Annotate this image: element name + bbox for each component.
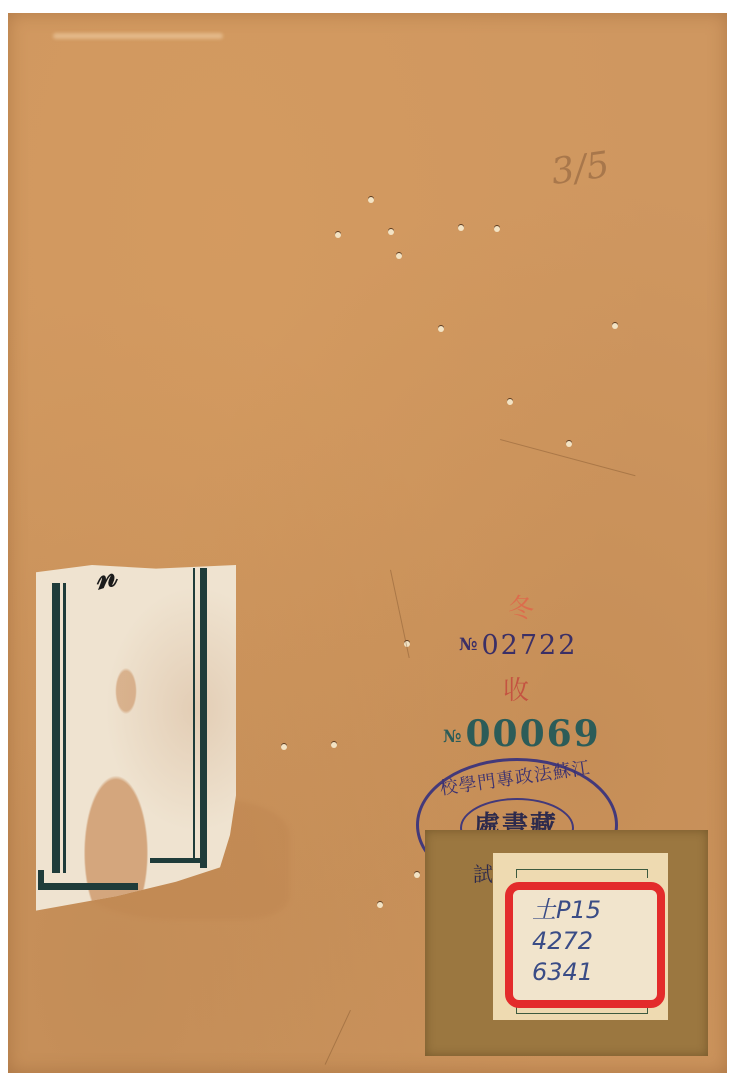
label-border-right <box>200 568 207 868</box>
pinhole <box>281 744 287 750</box>
pinhole <box>507 399 513 405</box>
acquisition-number: 02722 <box>481 630 577 661</box>
seal-bottom-fragment: 試 <box>473 858 493 887</box>
pinhole <box>377 902 383 908</box>
scuff-mark <box>53 33 223 39</box>
acquisition-number-stamp: №02722 <box>459 630 577 661</box>
label-border-bottom-right <box>150 858 205 863</box>
label-border-right-thin <box>193 568 195 863</box>
pinhole <box>566 441 572 447</box>
label-border-bottom <box>38 883 138 890</box>
pinhole <box>414 872 420 878</box>
received-number: 00069 <box>465 713 600 755</box>
label-border-left <box>52 583 60 873</box>
number-prefix: № <box>459 635 479 655</box>
label-border-left-thin <box>63 583 66 873</box>
number-prefix: № <box>443 727 463 747</box>
sticker-top-rule <box>516 869 648 878</box>
pinhole <box>494 226 500 232</box>
call-number-line: 土P15 <box>532 895 601 926</box>
season-stamp: 冬 <box>508 588 534 625</box>
pinhole <box>396 253 402 259</box>
received-stamp: 收 <box>503 670 529 707</box>
pinhole <box>458 225 464 231</box>
call-number-line: 4272 <box>532 926 601 957</box>
pinhole <box>331 742 337 748</box>
pinhole <box>368 197 374 203</box>
received-number-stamp: №00069 <box>443 713 601 755</box>
call-number: 土P15 4272 6341 <box>532 895 601 988</box>
pinhole <box>335 232 341 238</box>
pinhole <box>438 326 444 332</box>
pinhole <box>612 323 618 329</box>
pinhole <box>388 229 394 235</box>
call-number-line: 6341 <box>532 957 601 988</box>
label-border-corner <box>38 870 44 890</box>
